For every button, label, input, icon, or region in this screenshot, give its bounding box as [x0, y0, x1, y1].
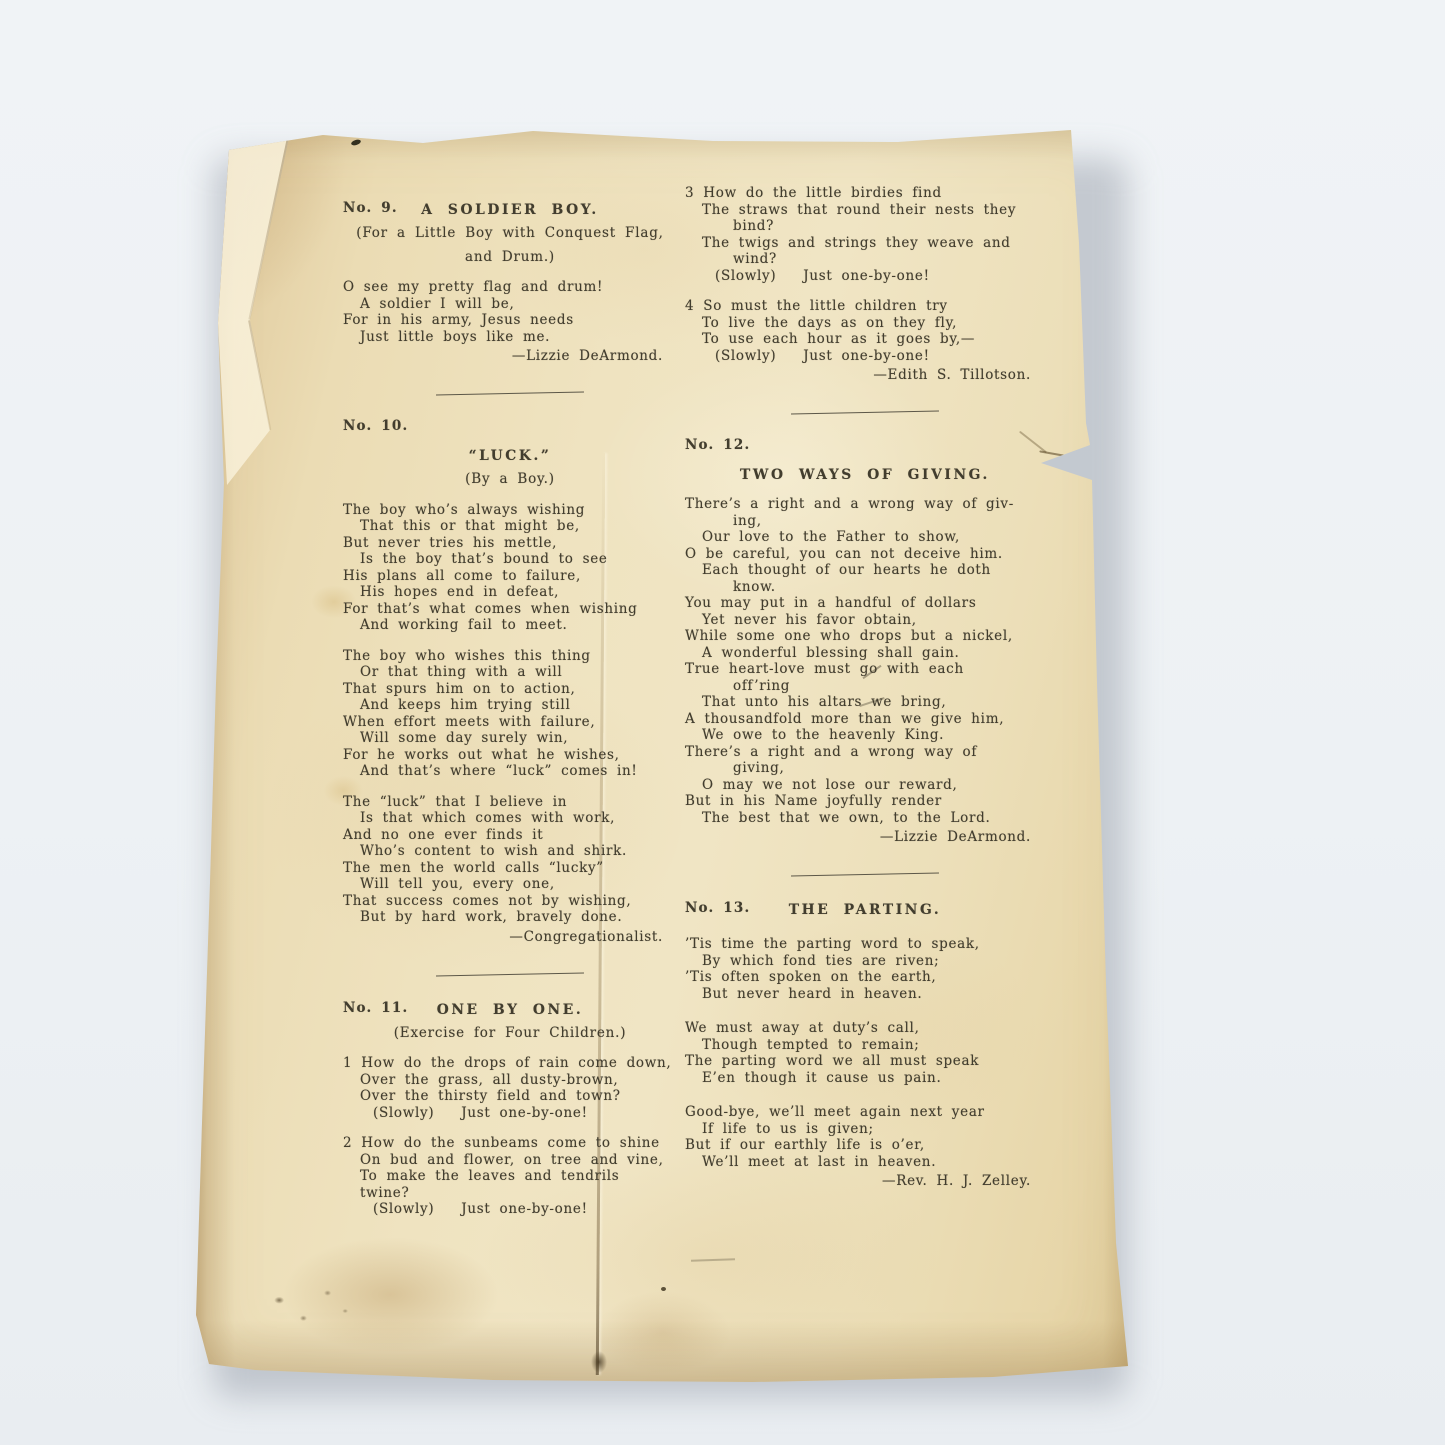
author-credit: —Congregationalist.: [343, 929, 677, 946]
stanza: 2 How do the sunbeams come to shineOn bu…: [343, 1135, 677, 1218]
stanza: 4 So must the little children tryTo live…: [685, 298, 1045, 364]
poem-line: And working fail to meet.: [343, 617, 677, 634]
poem-line: For that’s what comes when wishing: [343, 601, 677, 618]
poem-line: The men the world calls “lucky”: [343, 860, 677, 877]
section-header: No. 9.A SOLDIER BOY.: [343, 199, 677, 218]
section-subtitle: (Exercise for Four Children.): [343, 1025, 677, 1042]
poem-line: A soldier I will be,: [343, 296, 677, 313]
section-number: No. 12.: [685, 437, 1045, 453]
poem-line: off’ring: [685, 678, 1045, 695]
poem-line: His hopes end in defeat,: [343, 584, 677, 601]
poem-line: We must away at duty’s call,: [685, 1020, 1045, 1037]
poem-line: 2 How do the sunbeams come to shine: [343, 1135, 677, 1152]
section-divider: [436, 972, 584, 976]
author-credit: —Lizzie DeArmond.: [685, 829, 1045, 846]
poem-line: Or that thing with a will: [343, 664, 677, 681]
leaflet-page: No. 9.A SOLDIER BOY.(For a Little Boy wi…: [193, 123, 1133, 1383]
poem-line: O may we not lose our reward,: [685, 777, 1045, 794]
poem-line: Is the boy that’s bound to see: [343, 551, 677, 568]
poem-line: By which fond ties are riven;: [685, 953, 1045, 970]
poem-line: The best that we own, to the Lord.: [685, 810, 1045, 827]
ink-speck: [661, 1287, 666, 1291]
poem-line: Is that which comes with work,: [343, 810, 677, 827]
poem-line: We’ll meet at last in heaven.: [685, 1154, 1045, 1171]
poem-line: To use each hour as it goes by,—: [685, 331, 1045, 348]
poem-line: Who’s content to wish and shirk.: [343, 843, 677, 860]
section-no-9: No. 9.A SOLDIER BOY.(For a Little Boy wi…: [343, 199, 677, 365]
stanza: The boy who wishes this thingOr that thi…: [343, 648, 677, 780]
poem-line: bind?: [685, 218, 1045, 235]
section-title: ONE BY ONE.: [437, 1002, 584, 1018]
poem-line: And that’s where “luck” comes in!: [343, 763, 677, 780]
stanza: O see my pretty flag and drum!A soldier …: [343, 279, 677, 345]
poem-line: But by hard work, bravely done.: [343, 909, 677, 926]
author-credit: —Edith S. Tillotson.: [685, 367, 1045, 384]
section-subtitle: and Drum.): [343, 249, 677, 266]
poem-line: 4 So must the little children try: [685, 298, 1045, 315]
poem-line: ing,: [685, 513, 1045, 530]
poem-line: For he works out what he wishes,: [343, 747, 677, 764]
poem-line: Over the grass, all dusty-brown,: [343, 1072, 677, 1089]
poem-line: know.: [685, 579, 1045, 596]
photo-scene: No. 9.A SOLDIER BOY.(For a Little Boy wi…: [0, 0, 1445, 1445]
stanza: 1 How do the drops of rain come down,Ove…: [343, 1055, 677, 1121]
author-credit: —Rev. H. J. Zelley.: [685, 1173, 1045, 1190]
ink-speck: [350, 139, 361, 147]
poem-line: And keeps him trying still: [343, 697, 677, 714]
section-header: No. 10.“LUCK.”: [343, 418, 677, 464]
section-title: TWO WAYS OF GIVING.: [685, 467, 1045, 483]
poem-line: To make the leaves and tendrils twine?: [343, 1168, 677, 1201]
right-column: 3 How do the little birdies findThe stra…: [685, 185, 1045, 1190]
poem-line: ’Tis time the parting word to speak,: [685, 936, 1045, 953]
fold-crease: [248, 133, 290, 320]
poem-line: But never heard in heaven.: [685, 986, 1045, 1003]
stanza: 3 How do the little birdies findThe stra…: [685, 185, 1045, 284]
grime-specks: [255, 1275, 365, 1335]
section-no-10: No. 10.“LUCK.”(By a Boy.)The boy who’s a…: [343, 418, 677, 946]
poem-line: (Slowly) Just one-by-one!: [343, 1105, 677, 1122]
poem-line: Just little boys like me.: [343, 329, 677, 346]
section-title: “LUCK.”: [343, 448, 677, 464]
poem-line: The parting word we all must speak: [685, 1053, 1045, 1070]
poem-line: But in his Name joyfully render: [685, 793, 1045, 810]
poem-line: Though tempted to remain;: [685, 1037, 1045, 1054]
left-column: No. 9.A SOLDIER BOY.(For a Little Boy wi…: [343, 199, 677, 1218]
section-number: No. 10.: [343, 418, 677, 434]
poem-line: Each thought of our hearts he doth: [685, 562, 1045, 579]
crease-stain: [591, 1351, 607, 1373]
section-header: No. 12.TWO WAYS OF GIVING.: [685, 437, 1045, 483]
poem-line: (Slowly) Just one-by-one!: [685, 348, 1045, 365]
pencil-mark: [691, 1258, 735, 1262]
poem-line: giving,: [685, 760, 1045, 777]
poem-line: But never tries his mettle,: [343, 535, 677, 552]
poem-line: There’s a right and a wrong way of: [685, 744, 1045, 761]
poem-line: wind?: [685, 251, 1045, 268]
poem-line: The “luck” that I believe in: [343, 794, 677, 811]
stanza: There’s a right and a wrong way of giv-i…: [685, 496, 1045, 826]
poem-line: There’s a right and a wrong way of giv-: [685, 496, 1045, 513]
section-divider: [791, 410, 939, 414]
poem-line: The boy who’s always wishing: [343, 502, 677, 519]
poem-line: The straws that round their nests they: [685, 202, 1045, 219]
poem-line: That this or that might be,: [343, 518, 677, 535]
poem-line: To live the days as on they fly,: [685, 315, 1045, 332]
section-number: No. 9.: [343, 200, 398, 216]
poem-line: We owe to the heavenly King.: [685, 727, 1045, 744]
poem-line: And no one ever finds it: [343, 827, 677, 844]
poem-line: That success comes not by wishing,: [343, 893, 677, 910]
section-title: A SOLDIER BOY.: [421, 202, 599, 218]
section-header: No. 11.ONE BY ONE.: [343, 999, 677, 1018]
poem-line: The boy who wishes this thing: [343, 648, 677, 665]
poem-line: That unto his altars we bring,: [685, 694, 1045, 711]
poem-line: A wonderful blessing shall gain.: [685, 645, 1045, 662]
section-one-by-one-continued: 3 How do the little birdies findThe stra…: [685, 185, 1045, 384]
section-subtitle: (For a Little Boy with Conquest Flag,: [343, 225, 677, 242]
section-divider: [436, 391, 584, 395]
stanza: Good-bye, we’ll meet again next yearIf l…: [685, 1104, 1045, 1170]
poem-line: On bud and flower, on tree and vine,: [343, 1152, 677, 1169]
stanza: We must away at duty’s call,Though tempt…: [685, 1020, 1045, 1086]
poem-line: Will tell you, every one,: [343, 876, 677, 893]
poem-line: E’en though it cause us pain.: [685, 1070, 1045, 1087]
poem-line: Our love to the Father to show,: [685, 529, 1045, 546]
poem-line: While some one who drops but a nickel,: [685, 628, 1045, 645]
stanza: ’Tis time the parting word to speak,By w…: [685, 936, 1045, 1002]
poem-line: For in his army, Jesus needs: [343, 312, 677, 329]
fold-crease: [248, 320, 271, 430]
poem-line: But if our earthly life is o’er,: [685, 1137, 1045, 1154]
section-subtitle: (By a Boy.): [343, 471, 677, 488]
poem-line: (Slowly) Just one-by-one!: [685, 268, 1045, 285]
section-number: No. 13.: [685, 900, 750, 916]
author-credit: —Lizzie DeArmond.: [343, 348, 677, 365]
section-no-11: No. 11.ONE BY ONE.(Exercise for Four Chi…: [343, 999, 677, 1218]
poem-line: ’Tis often spoken on the earth,: [685, 969, 1045, 986]
poem-line: When effort meets with failure,: [343, 714, 677, 731]
poem-line: O see my pretty flag and drum!: [343, 279, 677, 296]
poem-line: You may put in a handful of dollars: [685, 595, 1045, 612]
poem-line: The twigs and strings they weave and: [685, 235, 1045, 252]
poem-line: 3 How do the little birdies find: [685, 185, 1045, 202]
poem-line: True heart-love must go with each: [685, 661, 1045, 678]
poem-line: 1 How do the drops of rain come down,: [343, 1055, 677, 1072]
poem-line: A thousandfold more than we give him,: [685, 711, 1045, 728]
poem-line: O be careful, you can not deceive him.: [685, 546, 1045, 563]
poem-line: His plans all come to failure,: [343, 568, 677, 585]
stanza: The “luck” that I believe inIs that whic…: [343, 794, 677, 926]
section-divider: [791, 872, 939, 876]
poem-line: If life to us is given;: [685, 1121, 1045, 1138]
section-no-13: No. 13.THE PARTING.’Tis time the parting…: [685, 899, 1045, 1190]
poem-line: Yet never his favor obtain,: [685, 612, 1045, 629]
section-number: No. 11.: [343, 1000, 408, 1016]
section-no-12: No. 12.TWO WAYS OF GIVING.There’s a righ…: [685, 437, 1045, 846]
poem-line: (Slowly) Just one-by-one!: [343, 1201, 677, 1218]
section-header: No. 13.THE PARTING.: [685, 899, 1045, 918]
poem-line: That spurs him on to action,: [343, 681, 677, 698]
poem-line: Will some day surely win,: [343, 730, 677, 747]
stanza: The boy who’s always wishingThat this or…: [343, 502, 677, 634]
poem-line: Over the thirsty field and town?: [343, 1088, 677, 1105]
section-title: THE PARTING.: [789, 902, 942, 918]
poem-line: Good-bye, we’ll meet again next year: [685, 1104, 1045, 1121]
